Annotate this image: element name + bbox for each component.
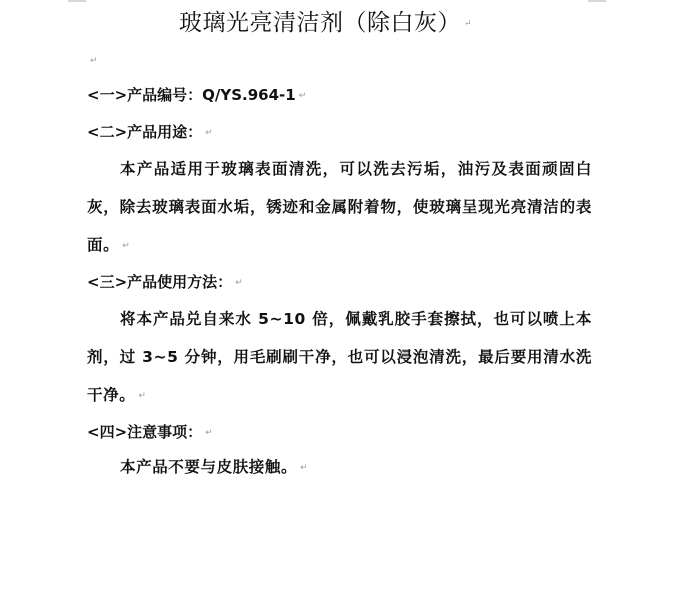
paragraph-mark-icon: ↵	[300, 463, 308, 473]
section-heading-text: <一>产品编号：Q/YS.964-1	[87, 86, 296, 104]
section-body-text: 本产品适用于玻璃表面清洗，可以洗去污垢，油污及表面顽固白灰，除去玻璃表面水垢，锈…	[87, 160, 592, 254]
section-heading-text: <四>注意事项：	[87, 423, 202, 441]
section-body-text: 将本产品兑自来水 5~10 倍，佩戴乳胶手套擦拭，也可以喷上本剂，过 3~5 分…	[87, 310, 592, 404]
paragraph-mark-icon: ↵	[205, 428, 213, 438]
document-title-text: 玻璃光亮清洁剂（除白灰）	[179, 10, 461, 36]
section-body-text: 本产品不要与皮肤接触。	[120, 458, 297, 476]
section-body-usage-method: 将本产品兑自来水 5~10 倍，佩戴乳胶手套擦拭，也可以喷上本剂，过 3~5 分…	[87, 300, 592, 415]
section-body-usage: 本产品适用于玻璃表面清洗，可以洗去污垢，油污及表面顽固白灰，除去玻璃表面水垢，锈…	[87, 150, 592, 265]
section-heading-precautions: <四>注意事项：↵	[87, 422, 213, 443]
section-heading-usage-method: <三>产品使用方法：↵	[87, 272, 243, 293]
paragraph-mark-icon: ↵	[235, 278, 243, 288]
section-heading-text: <二>产品用途：	[87, 123, 202, 141]
paragraph-mark-icon: ↵	[299, 91, 307, 101]
paragraph-mark-icon: ↵	[138, 391, 146, 401]
section-body-precautions: 本产品不要与皮肤接触。↵	[120, 457, 308, 478]
paragraph-mark-icon: ↵	[205, 128, 213, 138]
document-title: 玻璃光亮清洁剂（除白灰）↵	[179, 4, 472, 37]
section-heading-product-number: <一>产品编号：Q/YS.964-1↵	[87, 85, 306, 106]
paragraph-mark-icon: ↵	[90, 56, 98, 66]
empty-paragraph: ↵	[87, 50, 98, 69]
section-heading-usage: <二>产品用途：↵	[87, 122, 213, 143]
page-corner-mark-right	[588, 0, 606, 2]
paragraph-mark-icon: ↵	[122, 241, 130, 251]
page-corner-mark-left	[68, 0, 86, 2]
paragraph-mark-icon: ↵	[464, 19, 472, 29]
section-heading-text: <三>产品使用方法：	[87, 273, 232, 291]
